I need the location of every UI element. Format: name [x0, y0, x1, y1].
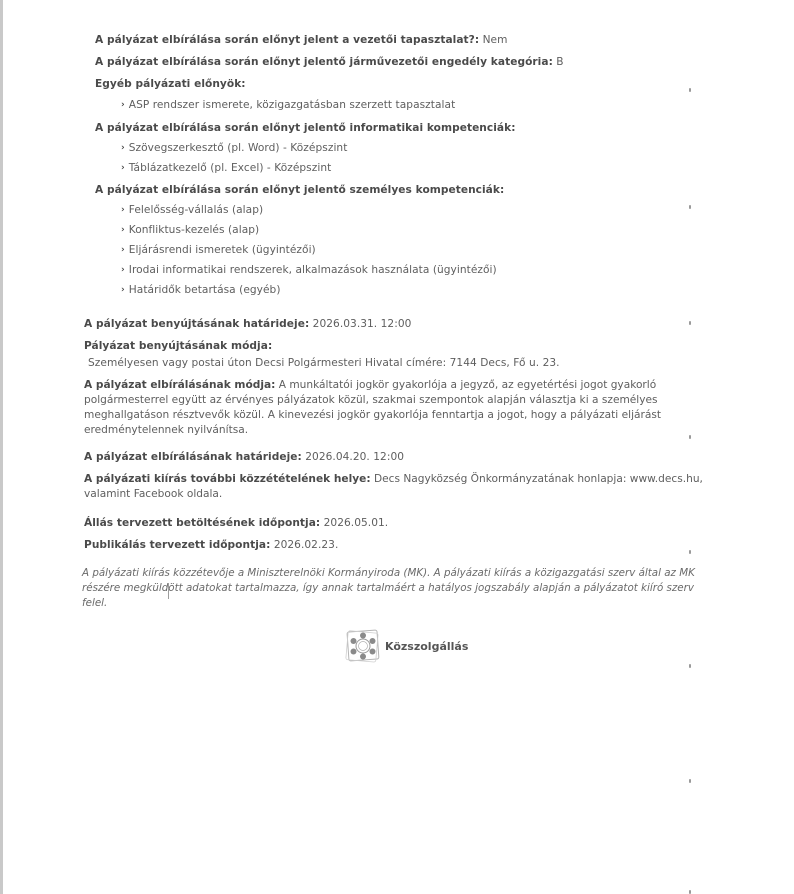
- personal-competency-text: Irodai informatikai rendszerek, alkalmaz…: [129, 264, 497, 276]
- evaluation-deadline-label: A pályázat elbírálásának határideje:: [84, 451, 302, 463]
- scan-speck: [689, 779, 691, 783]
- start-date-label: Állás tervezett betöltésének időpontja:: [84, 517, 320, 529]
- publication-places-label: A pályázati kiírás további közzétételéne…: [84, 473, 371, 485]
- disclaimer-line: részére megküldött adatokat tartalmazza,…: [82, 581, 762, 596]
- evaluation-method-line: polgármesterrel együtt az érvényes pályá…: [84, 393, 764, 408]
- kozszolgalas-brand-text: Közszolgállás: [385, 640, 468, 653]
- kozszolgalas-emblem-icon: [345, 629, 381, 663]
- it-competency-item: ›Táblázatkezelő (pl. Excel) - Középszint: [121, 161, 331, 176]
- publication-places-line: valamint Facebook oldala.: [84, 487, 774, 502]
- personal-competency-text: Eljárásrendi ismeretek (ügyintézői): [129, 244, 316, 256]
- personal-competency-item: ›Irodai informatikai rendszerek, alkalma…: [121, 263, 497, 278]
- publish-date-label: Publikálás tervezett időpontja:: [84, 539, 270, 551]
- publish-date-value: 2026.02.23.: [274, 539, 339, 551]
- scan-speck: [689, 321, 691, 325]
- scan-speck: [689, 88, 691, 92]
- personal-competency-item: ›Konfliktus-kezelés (alap): [121, 223, 259, 238]
- it-competency-item: ›Szövegszerkesztő (pl. Word) - Középszin…: [121, 141, 347, 156]
- publication-places-block: A pályázati kiírás további közzétételéne…: [84, 472, 774, 502]
- chevron-right-icon: ›: [121, 98, 125, 112]
- evaluation-method-line: A munkáltatói jogkör gyakorlója a jegyző…: [279, 379, 656, 391]
- submission-deadline-value: 2026.03.31. 12:00: [313, 318, 412, 330]
- it-competencies-label: A pályázat elbírálása során előnyt jelen…: [95, 121, 516, 135]
- evaluation-method-label: A pályázat elbírálásának módja:: [84, 379, 275, 391]
- chevron-right-icon: ›: [121, 223, 125, 237]
- chevron-right-icon: ›: [121, 203, 125, 217]
- personal-competency-text: Konfliktus-kezelés (alap): [129, 224, 259, 236]
- chevron-right-icon: ›: [121, 283, 125, 297]
- other-advantage-item: ›ASP rendszer ismerete, közigazgatásban …: [121, 98, 455, 113]
- chevron-right-icon: ›: [121, 263, 125, 277]
- personal-competency-item: ›Határidők betartása (egyéb): [121, 283, 281, 298]
- driving-license-row: A pályázat elbírálása során előnyt jelen…: [95, 55, 564, 69]
- chevron-right-icon: ›: [121, 161, 125, 175]
- evaluation-deadline-row: A pályázat elbírálásának határideje: 202…: [84, 450, 404, 464]
- scan-mark: [168, 583, 169, 599]
- publish-date-row: Publikálás tervezett időpontja: 2026.02.…: [84, 538, 338, 552]
- disclaimer-line: felel.: [82, 596, 762, 611]
- submission-deadline-row: A pályázat benyújtásának határideje: 202…: [84, 317, 411, 331]
- chevron-right-icon: ›: [121, 141, 125, 155]
- driving-license-label: A pályázat elbírálása során előnyt jelen…: [95, 56, 553, 68]
- disclaimer-line: A pályázati kiírás közzétevője a Miniszt…: [82, 566, 762, 581]
- driving-license-value: B: [556, 56, 563, 68]
- start-date-value: 2026.05.01.: [324, 517, 389, 529]
- start-date-row: Állás tervezett betöltésének időpontja: …: [84, 516, 388, 530]
- chevron-right-icon: ›: [121, 243, 125, 257]
- leadership-experience-label: A pályázat elbírálása során előnyt jelen…: [95, 34, 479, 46]
- scan-speck: [689, 205, 691, 209]
- personal-competencies-label: A pályázat elbírálása során előnyt jelen…: [95, 183, 504, 197]
- evaluation-method-block: A pályázat elbírálásának módja: A munkál…: [84, 378, 764, 438]
- personal-competency-text: Határidők betartása (egyéb): [129, 284, 281, 296]
- publication-places-line: Decs Nagyközség Önkormányzatának honlapj…: [374, 473, 703, 485]
- leadership-experience-value: Nem: [483, 34, 508, 46]
- job-posting-page: A pályázat elbírálása során előnyt jelen…: [0, 0, 794, 894]
- personal-competency-item: ›Eljárásrendi ismeretek (ügyintézői): [121, 243, 316, 258]
- evaluation-deadline-value: 2026.04.20. 12:00: [305, 451, 404, 463]
- other-advantages-label: Egyéb pályázati előnyök:: [95, 77, 246, 91]
- scan-speck: [689, 435, 691, 439]
- scan-speck: [689, 550, 691, 554]
- submission-method-value: Személyesen vagy postai úton Decsi Polgá…: [88, 356, 560, 370]
- it-competency-text: Táblázatkezelő (pl. Excel) - Középszint: [129, 162, 332, 174]
- submission-method-label: Pályázat benyújtásának módja:: [84, 339, 272, 353]
- evaluation-method-line: eredménytelennek nyilvánítsa.: [84, 423, 764, 438]
- disclaimer-note: A pályázati kiírás közzétevője a Miniszt…: [82, 566, 762, 611]
- evaluation-method-line: meghallgatáson résztvevők közül. A kinev…: [84, 408, 764, 423]
- leadership-experience-row: A pályázat elbírálása során előnyt jelen…: [95, 33, 508, 47]
- submission-deadline-label: A pályázat benyújtásának határideje:: [84, 318, 309, 330]
- other-advantage-text: ASP rendszer ismerete, közigazgatásban s…: [129, 99, 456, 111]
- personal-competency-text: Felelősség-vállalás (alap): [129, 204, 263, 216]
- scan-speck: [689, 890, 691, 894]
- personal-competency-item: ›Felelősség-vállalás (alap): [121, 203, 263, 218]
- kozszolgalas-logo: Közszolgállás: [345, 629, 468, 663]
- it-competency-text: Szövegszerkesztő (pl. Word) - Középszint: [129, 142, 348, 154]
- scan-speck: [689, 664, 691, 668]
